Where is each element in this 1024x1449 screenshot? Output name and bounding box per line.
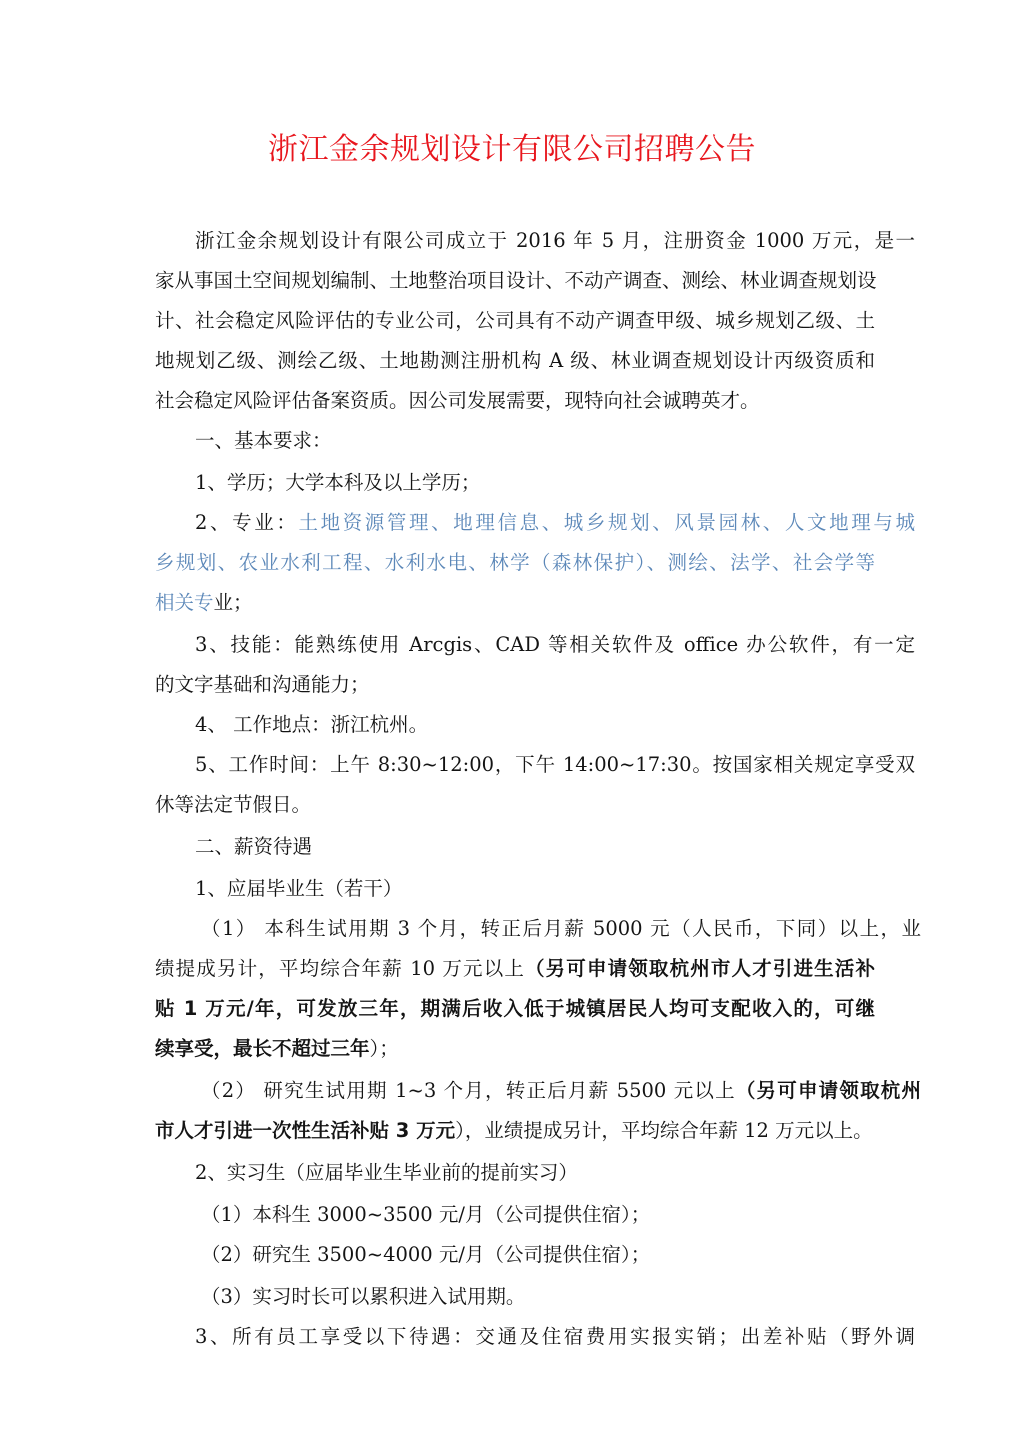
document-page: 浙江金余规划设计有限公司招聘公告 浙江金余规划设计有限公司成立于 2016 年 … (0, 0, 1024, 1449)
major-list-link[interactable]: 土地资源管理、地理信息、城乡规划、风景园林、人文地理与城 (298, 511, 915, 534)
intro-line-2: 家从事国土空间规划编制、土地整治项目设计、不动产调查、测绘、林业调查规划设 (155, 268, 875, 294)
requirement-education: 1、学历；大学本科及以上学历； (155, 470, 915, 496)
section-2-heading: 二、薪资待遇 (155, 834, 915, 860)
subsidy-note-close: ）； (370, 1037, 399, 1060)
postgrad-subsidy-bold: （另可申请领取杭州 (736, 1079, 921, 1102)
subsidy-note-bold: （另可申请领取杭州市人才引进生活补 (525, 957, 875, 980)
intro-line-1: 浙江金余规划设计有限公司成立于 2016 年 5 月，注册资金 1000 万元，… (155, 228, 915, 254)
major-list-link-end[interactable]: 相关专 (155, 591, 214, 614)
section-1-heading: 一、基本要求： (155, 428, 915, 454)
intro-line-3: 计、社会稳定风险评估的专业公司，公司具有不动产调查甲级、城乡规划乙级、土 (155, 308, 875, 334)
salary-postgrad-text: （2） 研究生试用期 1~3 个月，转正后月薪 5500 元以上 (201, 1079, 736, 1102)
salary-undergrad-line-4: 续享受，最长不超过三年）； (155, 1036, 875, 1062)
salary-undergrad-line-3: 贴 1 万元/年，可发放三年，期满后收入低于城镇居民人均可支配收入的，可继 (155, 996, 875, 1022)
salary-postgrad-line-1: （2） 研究生试用期 1~3 个月，转正后月薪 5500 元以上（另可申请领取杭… (155, 1078, 921, 1104)
requirement-major-line-2[interactable]: 乡规划、农业水利工程、水利水电、林学（森林保护）、测绘、法学、社会学等 (155, 550, 875, 576)
salary-graduates-heading: 1、应届毕业生（若干） (155, 876, 915, 902)
salary-undergrad-line-2: 绩提成另计，平均综合年薪 10 万元以上（另可申请领取杭州市人才引进生活补 (155, 956, 875, 982)
intro-line-5: 社会稳定风险评估备案资质。因公司发展需要，现特向社会诚聘英才。 (155, 388, 875, 414)
salary-postgrad-line-2: 市人才引进一次性生活补贴 3 万元），业绩提成另计，平均综合年薪 12 万元以上… (155, 1118, 875, 1144)
requirement-major-line-1: 2、专业：土地资源管理、地理信息、城乡规划、风景园林、人文地理与城 (155, 510, 915, 536)
requirement-skills-line-2: 的文字基础和沟通能力； (155, 672, 875, 698)
salary-interns-heading: 2、实习生（应届毕业生毕业前的提前实习） (155, 1160, 915, 1186)
requirement-hours-line-2: 休等法定节假日。 (155, 792, 875, 818)
major-suffix: 业； (214, 591, 253, 614)
salary-postgrad-tail: ），业绩提成另计，平均综合年薪 12 万元以上。 (455, 1119, 872, 1142)
intern-undergrad: （1）本科生 3000~3500 元/月（公司提供住宿）； (155, 1202, 921, 1228)
salary-undergrad-line-1: （1） 本科生试用期 3 个月，转正后月薪 5000 元（人民币，下同）以上，业 (155, 916, 921, 942)
requirement-major-prefix: 2、专业： (195, 511, 298, 534)
requirement-location: 4、 工作地点：浙江杭州。 (155, 712, 915, 738)
subsidy-note-bold-end: 续享受，最长不超过三年 (155, 1037, 370, 1060)
requirement-skills-line-1: 3、技能：能熟练使用 Arcgis、CAD 等相关软件及 office 办公软件… (155, 632, 915, 658)
benefits-line-1: 3、所有员工享受以下待遇：交通及住宿费用实报实销；出差补贴（野外调 (155, 1324, 915, 1350)
postgrad-subsidy-bold-end: 市人才引进一次性生活补贴 3 万元 (155, 1119, 455, 1142)
requirement-hours-line-1: 5、工作时间：上午 8:30~12:00，下午 14:00~17:30。按国家相… (155, 752, 915, 778)
document-title: 浙江金余规划设计有限公司招聘公告 (0, 128, 1024, 172)
intro-line-4: 地规划乙级、测绘乙级、土地勘测注册机构 A 级、林业调查规划设计丙级资质和 (155, 348, 875, 374)
salary-undergrad-text: 绩提成另计，平均综合年薪 10 万元以上 (155, 957, 525, 980)
intern-duration: （3）实习时长可以累积进入试用期。 (155, 1284, 921, 1310)
intern-postgrad: （2）研究生 3500~4000 元/月（公司提供住宿）； (155, 1242, 921, 1268)
requirement-major-line-3: 相关专业； (155, 590, 875, 616)
